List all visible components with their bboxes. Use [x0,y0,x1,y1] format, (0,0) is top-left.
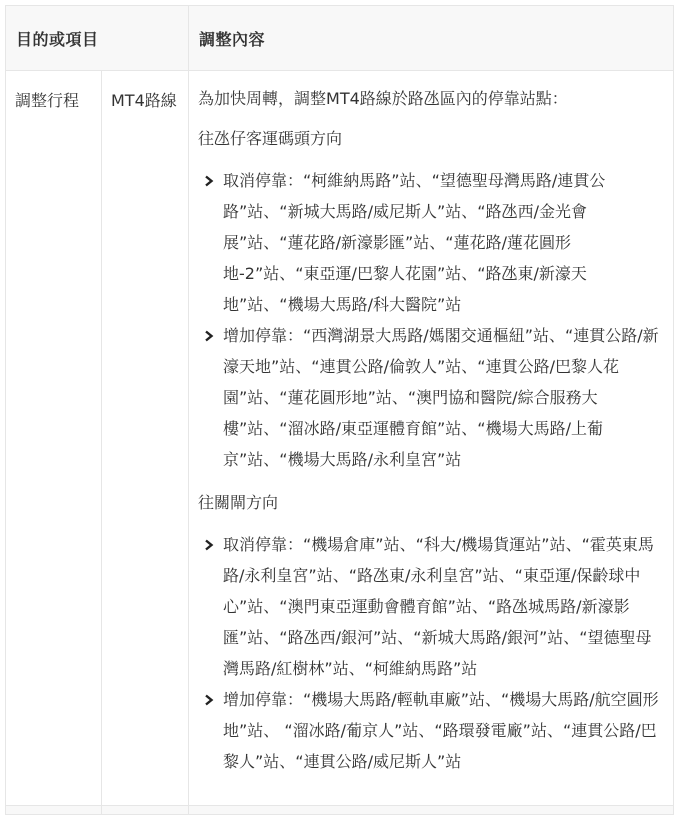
chevron-right-icon [202,165,216,196]
header-content: 調整內容 [189,6,674,71]
row-purpose: 調整行程 [6,71,102,806]
row-item: MT4路線 [102,71,189,806]
header-purpose: 目的或項目 [6,6,189,71]
list-item: 取消停靠：“柯維納馬路”站、“望德聖母灣馬路/連貫公路”站、“新城大馬路/威尼斯… [198,165,665,320]
list-item-text: 取消停靠：“機場倉庫”站、“科大/機場貨運站”站、“霍英東馬路/永利皇宮”站、“… [223,535,654,678]
next-row-cell [189,806,674,815]
direction-title: 往氹仔客運碼頭方向 [198,125,665,153]
list-item: 增加停靠：“西灣湖景大馬路/媽閣交通樞紐”站、“連貫公路/新濠天地”站、“連貫公… [198,320,665,475]
next-row-cell [102,806,189,815]
chevron-right-icon [202,529,216,560]
stop-list: 取消停靠：“機場倉庫”站、“科大/機場貨運站”站、“霍英東馬路/永利皇宮”站、“… [198,529,665,777]
adjustment-table-wrapper: 目的或項目 調整內容 調整行程 MT4路線 為加快周轉，調整MT4路線於路氹區內… [5,5,673,815]
list-item-text: 增加停靠：“機場大馬路/輕軌車廠”站、“機場大馬路/航空圓形地”站、 “溜冰路/… [223,690,659,771]
list-item-text: 取消停靠：“柯維納馬路”站、“望德聖母灣馬路/連貫公路”站、“新城大馬路/威尼斯… [223,171,605,314]
list-item: 取消停靠：“機場倉庫”站、“科大/機場貨運站”站、“霍英東馬路/永利皇宮”站、“… [198,529,665,684]
intro-text: 為加快周轉，調整MT4路線於路氹區內的停靠站點： [198,85,665,113]
list-item: 增加停靠：“機場大馬路/輕軌車廠”站、“機場大馬路/航空圓形地”站、 “溜冰路/… [198,684,665,777]
row-content: 為加快周轉，調整MT4路線於路氹區內的停靠站點： 往氹仔客運碼頭方向 取消停靠：… [189,71,674,806]
table-header-row: 目的或項目 調整內容 [6,6,674,71]
table-row: 調整行程 MT4路線 為加快周轉，調整MT4路線於路氹區內的停靠站點： 往氹仔客… [6,71,674,806]
chevron-right-icon [202,320,216,351]
next-row-cell [6,806,102,815]
list-item-text: 增加停靠：“西灣湖景大馬路/媽閣交通樞紐”站、“連貫公路/新濠天地”站、“連貫公… [223,326,659,469]
chevron-right-icon [202,684,216,715]
stop-list: 取消停靠：“柯維納馬路”站、“望德聖母灣馬路/連貫公路”站、“新城大馬路/威尼斯… [198,165,665,475]
direction-title: 往關閘方向 [198,489,665,517]
table-row-next [6,806,674,815]
route-adjustment-table: 目的或項目 調整內容 調整行程 MT4路線 為加快周轉，調整MT4路線於路氹區內… [5,5,674,815]
